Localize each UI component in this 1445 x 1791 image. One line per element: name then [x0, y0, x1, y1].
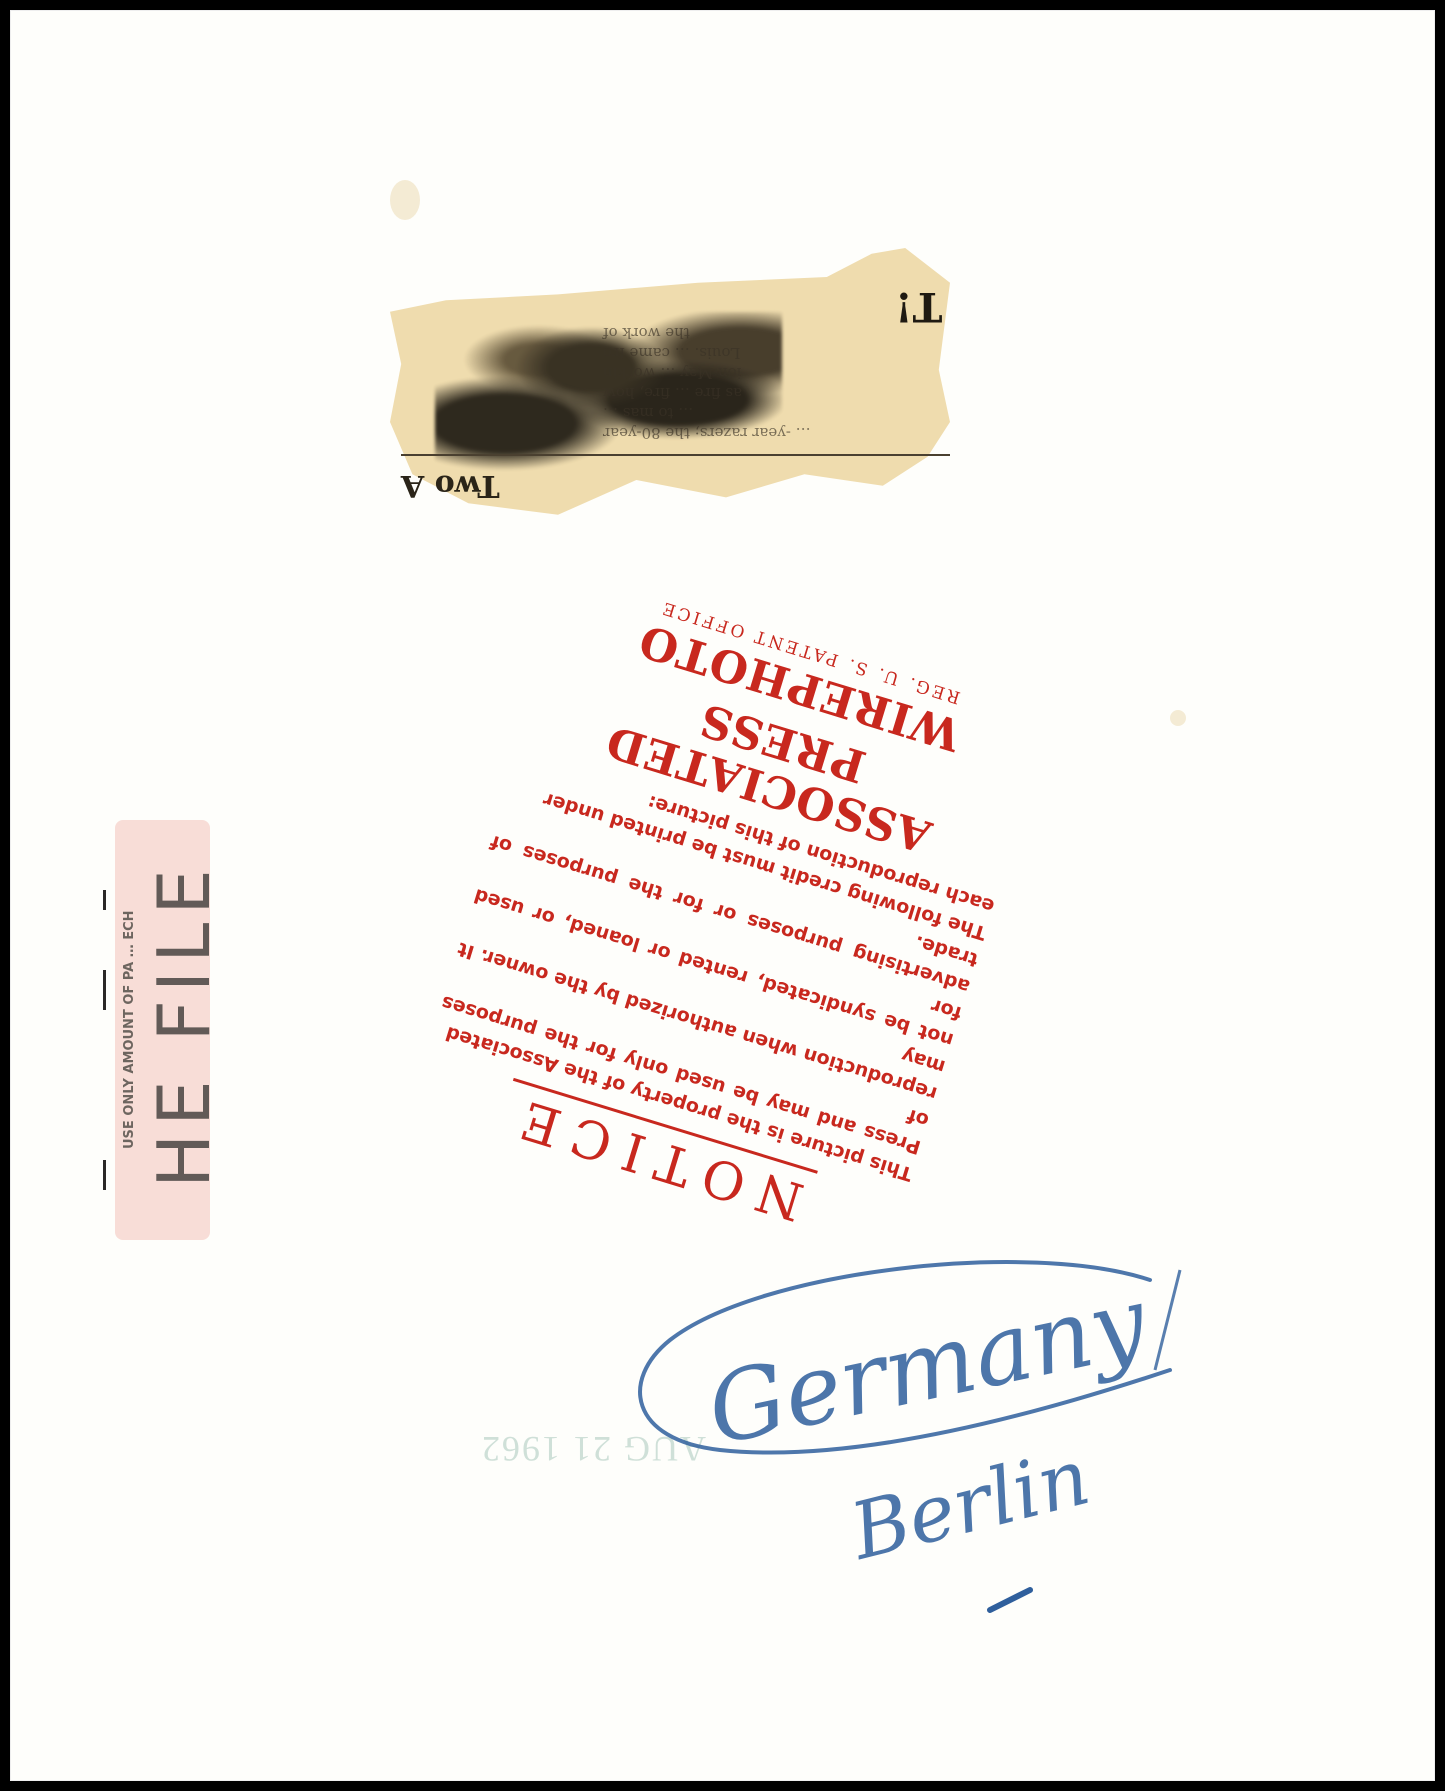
ap-notice-stamp: NOTICE This picture is the property of t…: [408, 569, 1053, 1259]
clipping-line: Louis. … came fro: [603, 343, 950, 363]
sticker-mark: [103, 970, 106, 1010]
clipping-bottom-text: Two A: [401, 468, 500, 503]
photo-back: T! … -year razers; the 80-year … to mas …: [10, 10, 1435, 1781]
clipping-rule: [401, 454, 950, 456]
handwritten-notation: Germany Berlin: [610, 1250, 1230, 1690]
clipping-line: the work of: [603, 323, 950, 343]
clipping-line: … to mas …: [603, 403, 950, 423]
stain: [390, 180, 420, 220]
newspaper-clipping: T! … -year razers; the 80-year … to mas …: [390, 248, 950, 538]
sticker-small-text: USE ONLY AMOUNT OF PA … ECH: [122, 830, 142, 1230]
sticker-large-text: HE FILE: [142, 790, 222, 1260]
sticker-mark: [103, 890, 106, 910]
stain: [1170, 710, 1186, 726]
clipping-text: … -year razers; the 80-year … to mas … a…: [603, 323, 950, 443]
sticker-mark: [103, 1160, 106, 1190]
clipping-line: … -year razers; the 80-year: [603, 423, 950, 443]
clipping-line: ion-May … workin: [603, 363, 950, 383]
clipping-line: as fire … fire, how: [603, 383, 950, 403]
